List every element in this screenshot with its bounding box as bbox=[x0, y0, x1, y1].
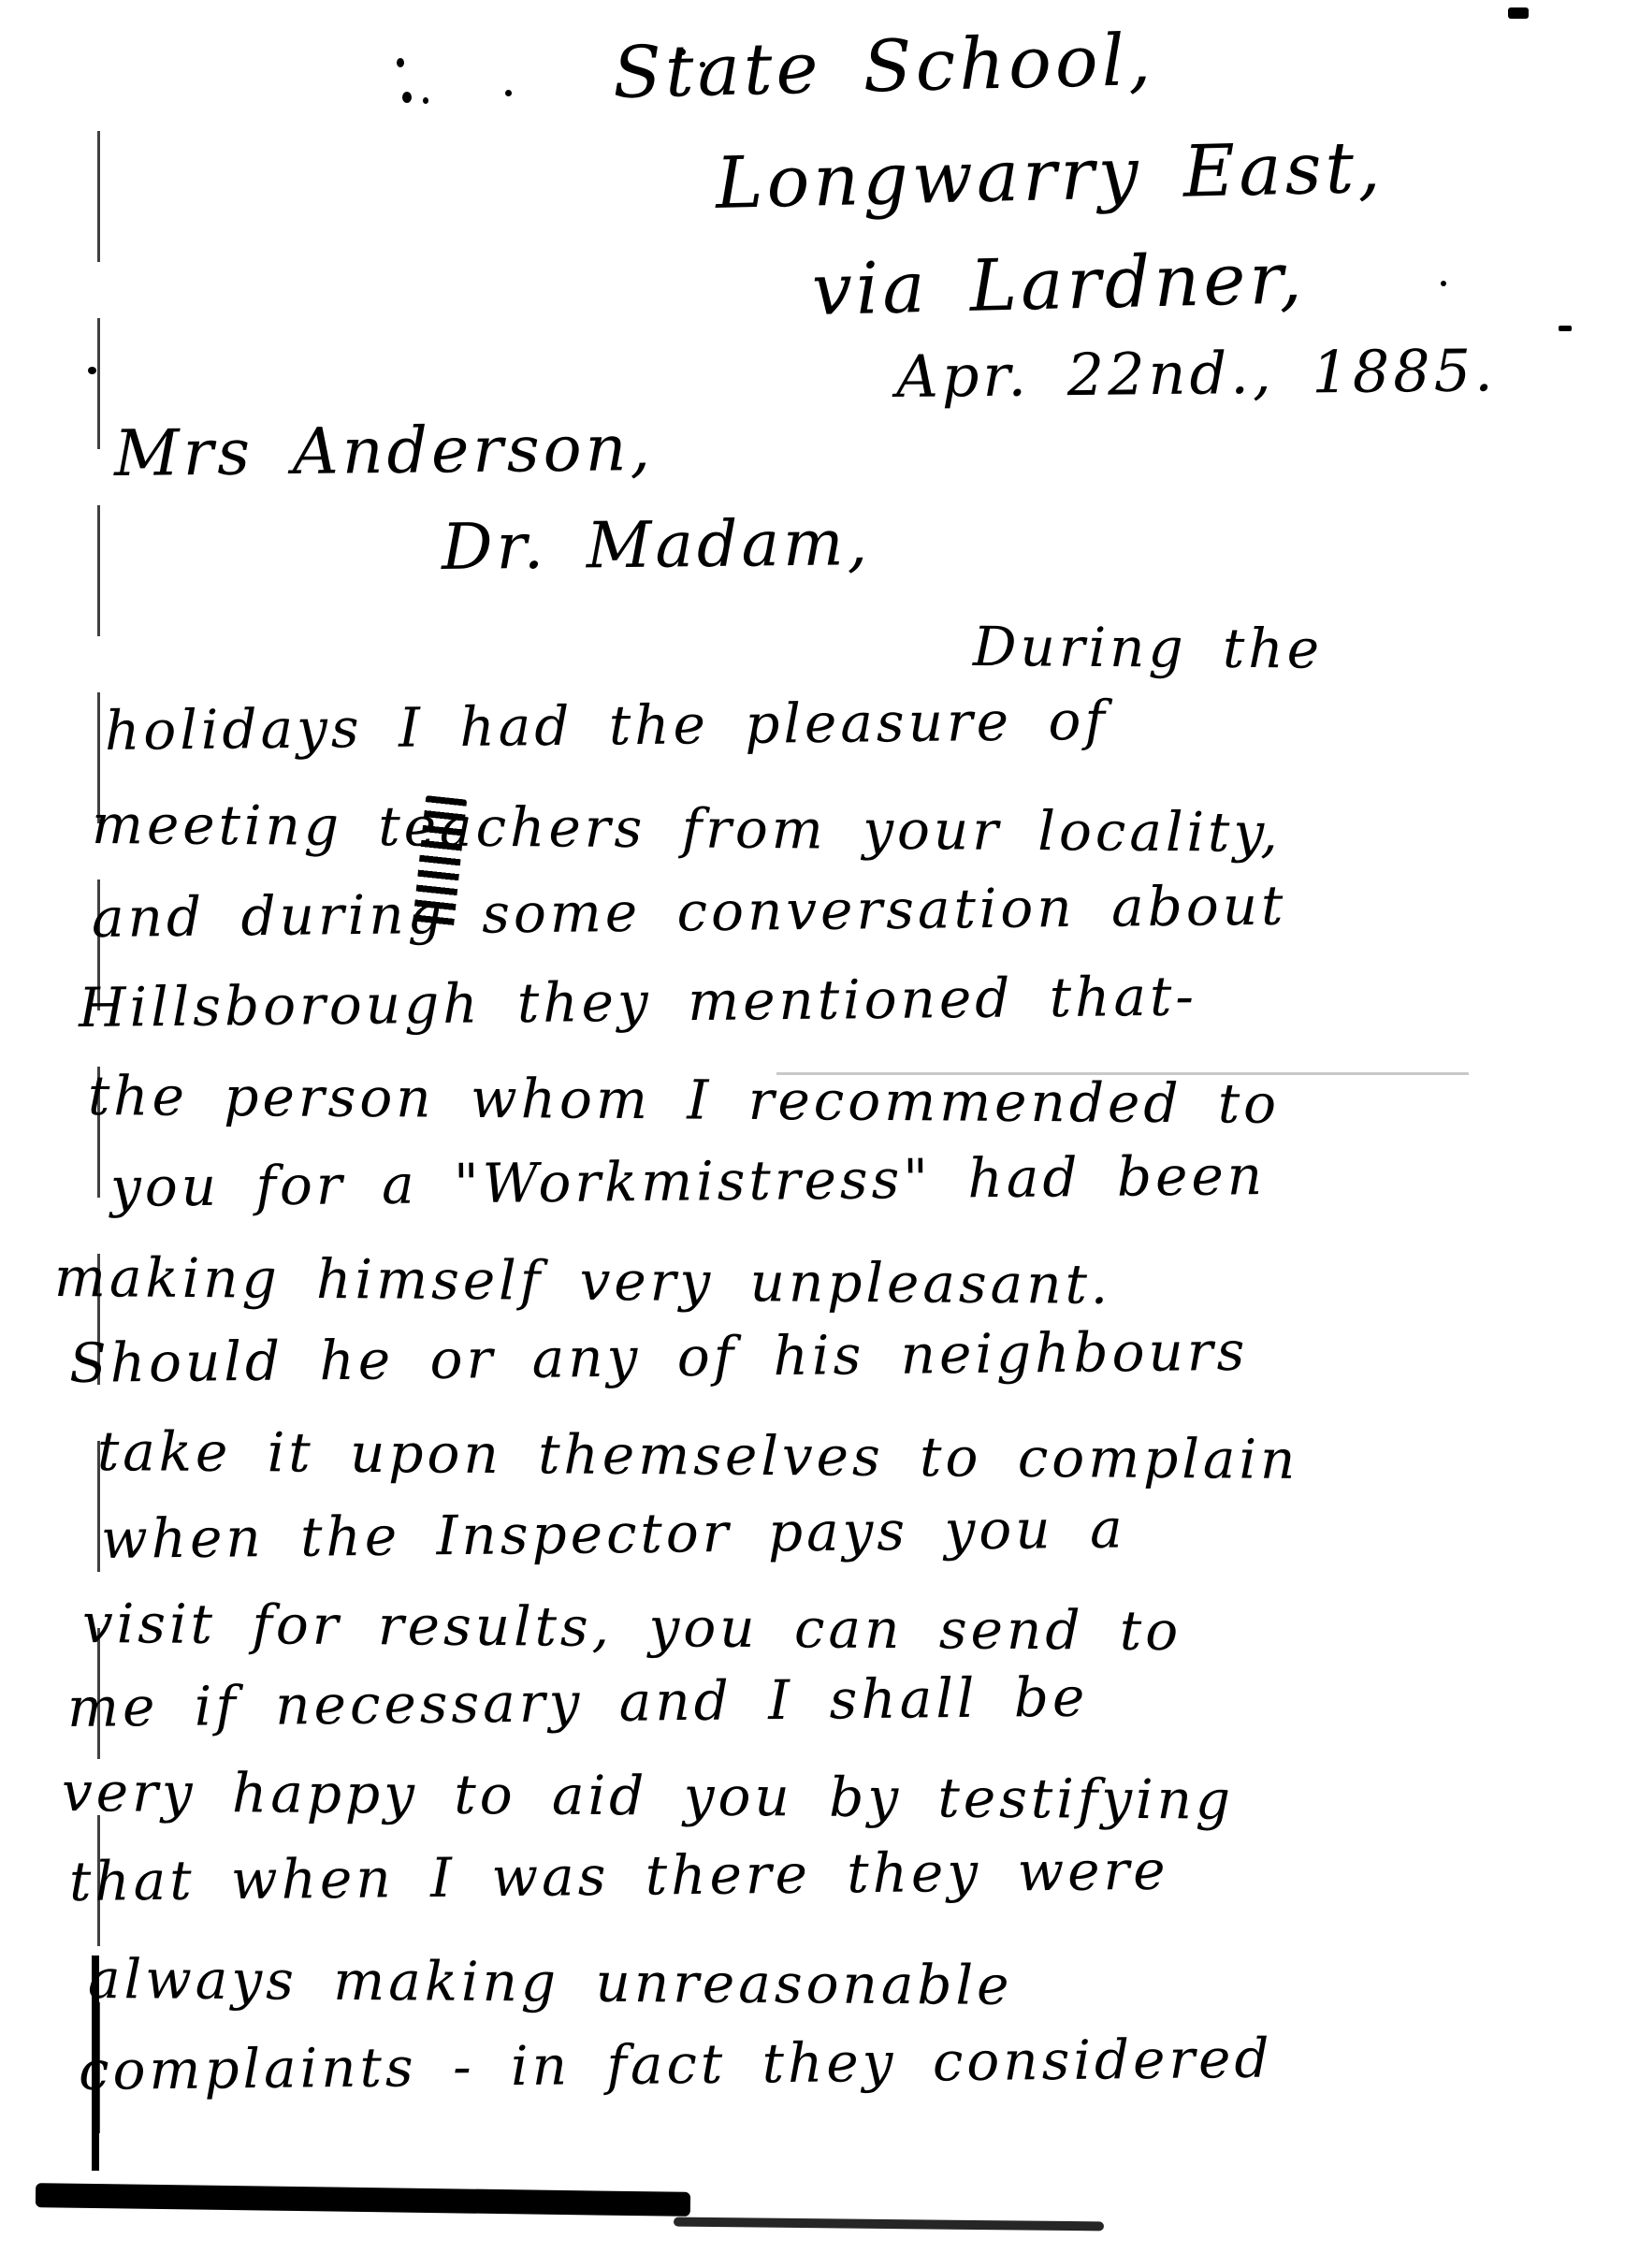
body-line: Hillsborough they mentioned that- bbox=[79, 968, 1198, 1035]
ink-speck bbox=[1441, 281, 1446, 286]
body-line: that when I was there they were bbox=[69, 1843, 1169, 1909]
edge-mark bbox=[1559, 326, 1572, 331]
ink-speck bbox=[423, 97, 428, 104]
salutation-greeting: Dr. Madam, bbox=[442, 512, 872, 580]
body-line: making himself very unpleasant. bbox=[54, 1250, 1112, 1312]
body-line: when the Inspector pays you a bbox=[101, 1502, 1126, 1566]
ink-speck bbox=[402, 92, 412, 103]
crease-line bbox=[776, 1072, 1469, 1075]
body-line: visit for results, you can send to bbox=[82, 1596, 1182, 1658]
heading-locality: Longwarry East, bbox=[715, 132, 1385, 219]
letter-page: State School, Longwarry East, via Lardne… bbox=[0, 0, 1639, 2268]
salutation-recipient: Mrs Anderson, bbox=[114, 417, 655, 487]
body-line: During the bbox=[973, 619, 1323, 676]
ink-speck bbox=[397, 58, 404, 67]
body-line: me if necessary and I shall be bbox=[67, 1670, 1089, 1735]
scan-edge-mark bbox=[92, 1955, 99, 2171]
body-line: meeting teachers from your locality, bbox=[92, 797, 1282, 860]
ink-speck bbox=[88, 367, 96, 374]
bottom-smudge-tail bbox=[674, 2217, 1104, 2232]
corner-mark bbox=[1508, 7, 1529, 19]
body-line: you for a "Workmistress" had been bbox=[110, 1148, 1267, 1214]
bottom-smudge bbox=[36, 2183, 690, 2217]
ink-speck bbox=[679, 49, 686, 55]
body-line: Should he or any of his neighbours bbox=[69, 1324, 1249, 1390]
body-line: complaints - in fact they considered bbox=[79, 2031, 1273, 2098]
heading-date: Apr. 22nd., 1885. bbox=[896, 342, 1497, 406]
body-line: the person whom I recommended to bbox=[88, 1069, 1281, 1131]
body-line: take it upon themselves to complain bbox=[97, 1424, 1299, 1487]
ink-speck bbox=[700, 62, 705, 67]
heading-school: State School, bbox=[612, 24, 1155, 109]
heading-via: via Lardner, bbox=[811, 242, 1306, 326]
body-line: very happy to aid you by testifying bbox=[62, 1765, 1234, 1827]
ink-speck bbox=[505, 90, 512, 96]
scan-edge-line bbox=[97, 131, 100, 2171]
body-line: and during some conversation about bbox=[92, 879, 1287, 945]
body-line: holidays I had the pleasure of bbox=[105, 693, 1109, 758]
body-line: always making unreasonable bbox=[88, 1952, 1013, 2013]
